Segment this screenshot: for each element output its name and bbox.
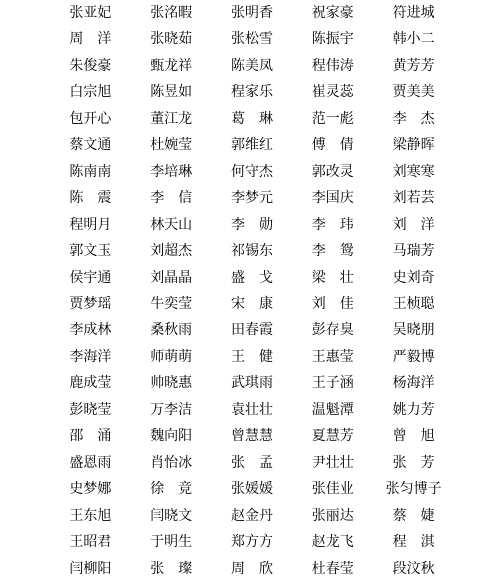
name-cell: 杜春莹 [292,556,373,582]
name-cell: 郭改灵 [292,159,373,185]
name-cell: 李梦元 [212,185,293,211]
name-row: 王昭君于明生郑方方赵龙飞程 淇 [50,529,454,555]
name-cell: 周 洋 [50,26,131,52]
name-cell: 段汶秋 [373,556,454,582]
name-row: 鹿成莹帅晓惠武琪雨王子涵杨海洋 [50,370,454,396]
name-cell: 李 玮 [292,212,373,238]
name-row: 李成林桑秋雨田春霞彭存臭吴晓朋 [50,317,454,343]
name-cell: 郑方方 [212,529,293,555]
name-cell: 王东旭 [50,503,131,529]
name-cell: 盛 戈 [212,265,293,291]
name-cell: 夏慧芳 [292,423,373,449]
name-row: 侯宇通刘晶晶盛 戈梁 壮史刘奇 [50,265,454,291]
name-cell: 郭文玉 [50,238,131,264]
name-cell: 张佳业 [292,476,373,502]
name-cell: 马瑞芳 [373,238,454,264]
name-cell: 曾慧慧 [212,423,293,449]
name-cell: 田春霞 [212,317,293,343]
name-cell: 张明香 [212,0,293,26]
name-cell: 王惠莹 [292,344,373,370]
name-row: 程明月林天山李 勋李 玮刘 洋 [50,212,454,238]
name-cell: 王昭君 [50,529,131,555]
name-row: 盛恩雨肖怡冰张 孟尹壮壮张 芳 [50,450,454,476]
name-cell: 张 孟 [212,450,293,476]
name-grid: 张亚妃张洺暇张明香祝家豪符进城周 洋张晓茹张松雪陈振宇韩小二朱俊豪甄龙祥陈美凤程… [50,0,454,582]
name-cell: 祝家豪 [292,0,373,26]
name-cell: 于明生 [131,529,212,555]
name-cell: 李培琳 [131,159,212,185]
name-cell: 韩小二 [373,26,454,52]
name-cell: 彭晓莹 [50,397,131,423]
name-row: 白宗旭陈昱如程家乐崔灵蕊贾美美 [50,79,454,105]
name-cell: 闫晓文 [131,503,212,529]
name-cell: 温魁潭 [292,397,373,423]
name-cell: 帅晓惠 [131,370,212,396]
name-cell: 王桢聪 [373,291,454,317]
name-cell: 蔡文通 [50,132,131,158]
name-cell: 傅 倩 [292,132,373,158]
name-cell: 牛奕莹 [131,291,212,317]
name-cell: 张丽达 [292,503,373,529]
name-cell: 刘若芸 [373,185,454,211]
name-cell: 张晓茹 [131,26,212,52]
name-cell: 吴晓朋 [373,317,454,343]
name-cell: 何守杰 [212,159,293,185]
name-cell: 李 勋 [212,212,293,238]
name-cell: 闫柳阳 [50,556,131,582]
name-roster-page: 张亚妃张洺暇张明香祝家豪符进城周 洋张晓茹张松雪陈振宇韩小二朱俊豪甄龙祥陈美凤程… [0,0,504,582]
name-cell: 林天山 [131,212,212,238]
name-cell: 刘晶晶 [131,265,212,291]
name-cell: 陈 震 [50,185,131,211]
name-cell: 白宗旭 [50,79,131,105]
name-cell: 盛恩雨 [50,450,131,476]
name-row: 陈南南李培琳何守杰郭改灵刘寒寒 [50,159,454,185]
name-cell: 陈美凤 [212,53,293,79]
name-cell: 杜婉莹 [131,132,212,158]
name-cell: 史梦娜 [50,476,131,502]
name-cell: 甄龙祥 [131,53,212,79]
name-cell: 肖怡冰 [131,450,212,476]
name-cell: 梁静晖 [373,132,454,158]
name-cell: 刘 佳 [292,291,373,317]
name-cell: 梁 壮 [292,265,373,291]
name-cell: 鹿成莹 [50,370,131,396]
name-cell: 尹壮壮 [292,450,373,476]
name-cell: 杨海洋 [373,370,454,396]
name-cell: 王 健 [212,344,293,370]
name-cell: 赵龙飞 [292,529,373,555]
name-cell: 李海洋 [50,344,131,370]
name-cell: 程伟涛 [292,53,373,79]
name-row: 蔡文通杜婉莹郭维红傅 倩梁静晖 [50,132,454,158]
name-cell: 姚力芳 [373,397,454,423]
name-cell: 张松雪 [212,26,293,52]
name-cell: 刘寒寒 [373,159,454,185]
name-cell: 李 鸳 [292,238,373,264]
name-row: 邵 涌魏向阳曾慧慧夏慧芳曾 旭 [50,423,454,449]
name-cell: 陈振宇 [292,26,373,52]
name-cell: 包开心 [50,106,131,132]
name-cell: 袁壮壮 [212,397,293,423]
name-row: 彭晓莹万李洁袁壮壮温魁潭姚力芳 [50,397,454,423]
name-cell: 徐 竞 [131,476,212,502]
name-row: 朱俊豪甄龙祥陈美凤程伟涛黄芳芳 [50,53,454,79]
name-cell: 李 信 [131,185,212,211]
name-cell: 贾梦瑶 [50,291,131,317]
name-cell: 万李洁 [131,397,212,423]
name-cell: 李成林 [50,317,131,343]
name-row: 贾梦瑶牛奕莹宋 康刘 佳王桢聪 [50,291,454,317]
name-cell: 程家乐 [212,79,293,105]
name-cell: 张洺暇 [131,0,212,26]
name-cell: 董江龙 [131,106,212,132]
name-cell: 张 芳 [373,450,454,476]
name-cell: 周 欣 [212,556,293,582]
name-cell: 李 杰 [373,106,454,132]
name-cell: 符进城 [373,0,454,26]
name-cell: 陈昱如 [131,79,212,105]
name-cell: 张亚妃 [50,0,131,26]
name-cell: 葛 琳 [212,106,293,132]
name-cell: 刘超杰 [131,238,212,264]
name-cell: 程 淇 [373,529,454,555]
name-cell: 刘 洋 [373,212,454,238]
name-cell: 曾 旭 [373,423,454,449]
name-cell: 郭维红 [212,132,293,158]
name-row: 周 洋张晓茹张松雪陈振宇韩小二 [50,26,454,52]
name-cell: 严毅博 [373,344,454,370]
name-cell: 王子涵 [292,370,373,396]
name-cell: 张 璨 [131,556,212,582]
name-cell: 贾美美 [373,79,454,105]
name-cell: 彭存臭 [292,317,373,343]
name-cell: 张媛媛 [212,476,293,502]
name-cell: 程明月 [50,212,131,238]
name-row: 闫柳阳张 璨周 欣杜春莹段汶秋 [50,556,454,582]
name-row: 包开心董江龙葛 琳范一彪李 杰 [50,106,454,132]
name-cell: 史刘奇 [373,265,454,291]
name-row: 史梦娜徐 竞张媛媛张佳业张匀博子 [50,476,454,502]
name-cell: 武琪雨 [212,370,293,396]
name-cell: 张匀博子 [373,476,454,502]
name-row: 陈 震李 信李梦元李国庆刘若芸 [50,185,454,211]
name-row: 王东旭闫晓文赵金丹张丽达蔡 婕 [50,503,454,529]
name-cell: 宋 康 [212,291,293,317]
name-cell: 侯宇通 [50,265,131,291]
name-cell: 祁锡东 [212,238,293,264]
name-cell: 李国庆 [292,185,373,211]
name-cell: 蔡 婕 [373,503,454,529]
name-cell: 黄芳芳 [373,53,454,79]
name-cell: 魏向阳 [131,423,212,449]
name-cell: 师萌萌 [131,344,212,370]
name-row: 张亚妃张洺暇张明香祝家豪符进城 [50,0,454,26]
name-row: 郭文玉刘超杰祁锡东李 鸳马瑞芳 [50,238,454,264]
name-cell: 邵 涌 [50,423,131,449]
name-cell: 范一彪 [292,106,373,132]
name-row: 李海洋师萌萌王 健王惠莹严毅博 [50,344,454,370]
name-cell: 桑秋雨 [131,317,212,343]
name-cell: 朱俊豪 [50,53,131,79]
name-cell: 崔灵蕊 [292,79,373,105]
name-cell: 赵金丹 [212,503,293,529]
name-cell: 陈南南 [50,159,131,185]
